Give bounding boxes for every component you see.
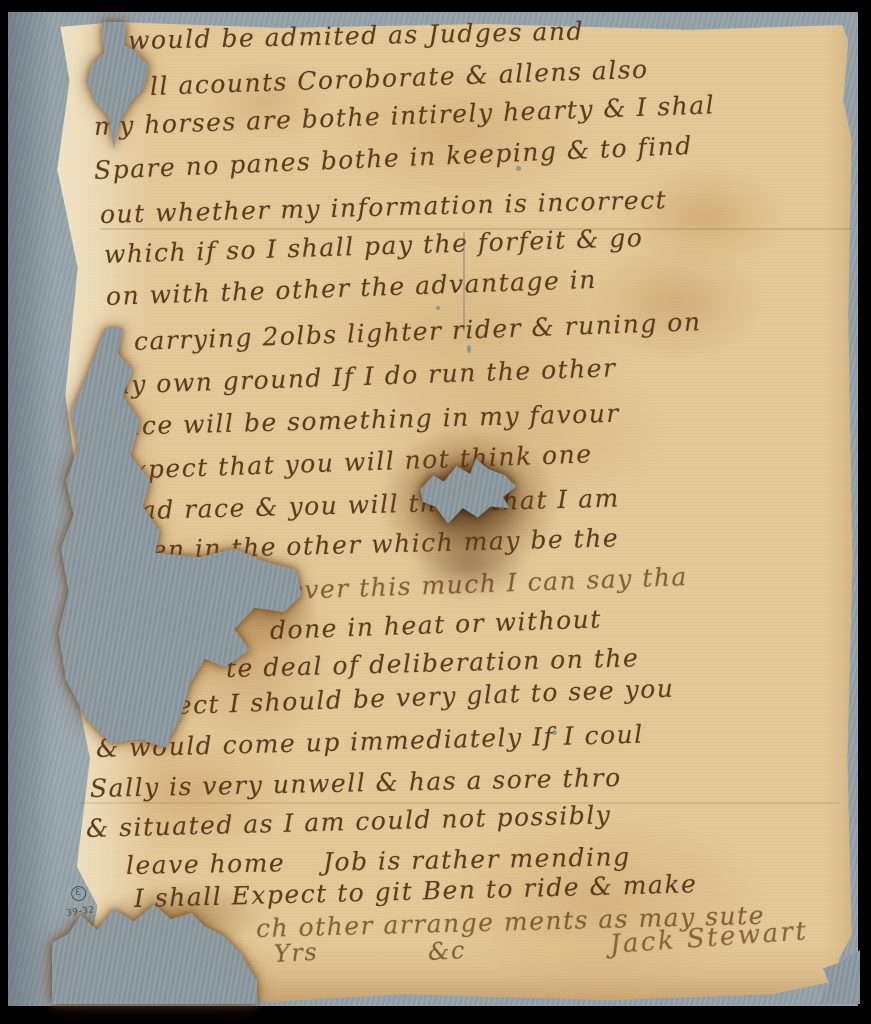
tear-bottom-right [818,950,860,1004]
closing-yrs: Yrs [273,938,319,968]
ink-speck [552,730,557,735]
letter-scan: would be admited as Judges and ll acount… [0,0,871,1024]
fold-crease [100,228,852,230]
ink-speck [436,306,440,310]
ink-speck [467,345,471,353]
center-fold-mark [463,232,465,332]
fold-crease [80,802,840,804]
tear-top-left [84,22,152,150]
tear-left-large [56,328,304,752]
hole-center [412,452,518,530]
burn-smudge [392,520,547,612]
ink-speck [516,166,521,171]
tear-bottom-left [52,898,257,1004]
closing-etc: &c [427,936,466,966]
